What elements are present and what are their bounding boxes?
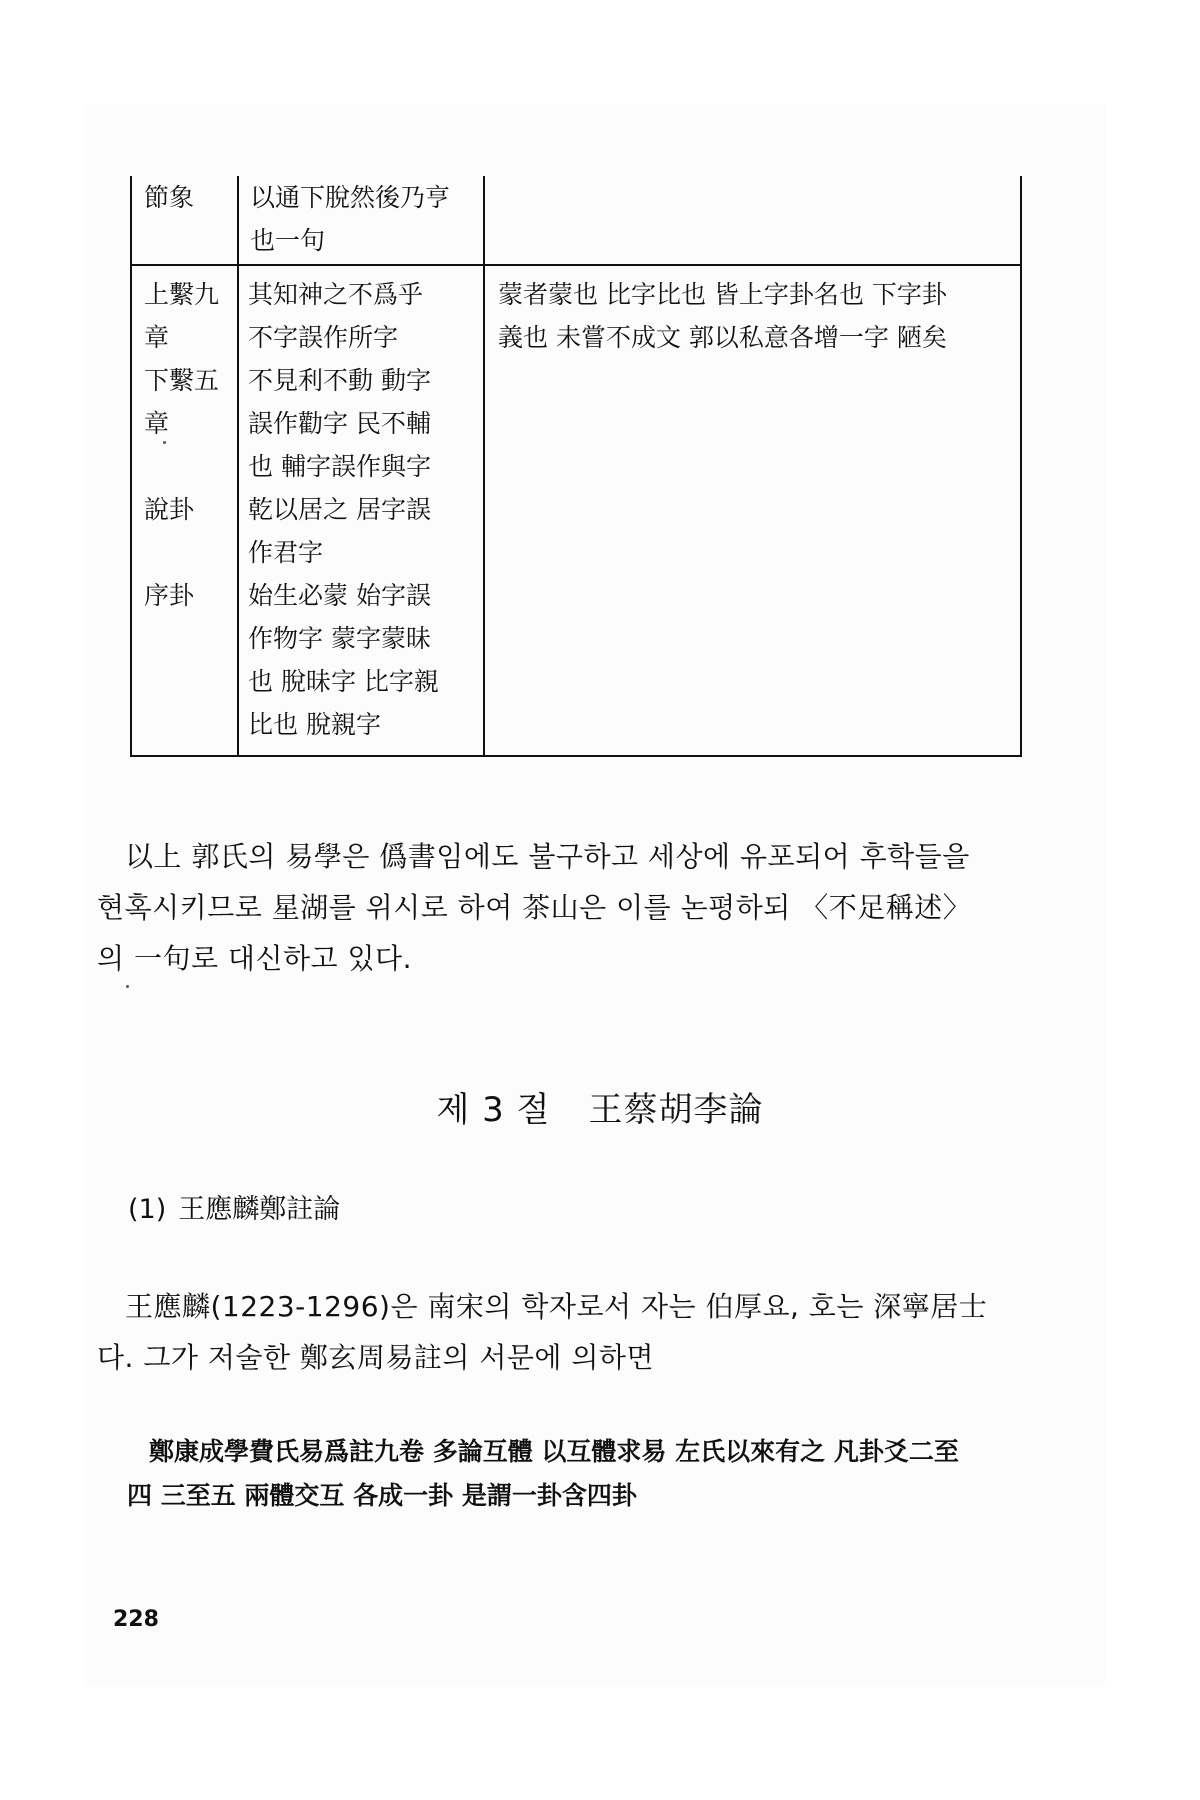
table-column-divider	[237, 176, 239, 755]
table-row-1-col-2: 以通下脫然後乃亨 也一句	[250, 176, 450, 262]
cell-line: 乾以居之 居字誤	[248, 488, 439, 531]
paragraph-line: 의 一句로 대신하고 있다.	[97, 933, 1022, 984]
cell-line: 下繫五	[144, 359, 219, 402]
cell-line: 章	[144, 402, 219, 445]
table-row-1-col-1: 節象	[132, 176, 249, 219]
section-heading: 제 3 절王蔡胡李論	[0, 1082, 1200, 1131]
paragraph-line: 현혹시키므로 星湖를 위시로 하여 茶山은 이를 논평하되 〈不足稱述〉	[97, 882, 1022, 933]
cell-line: 作物字 蒙字蒙昧	[248, 617, 439, 660]
cell-line: 節象	[144, 176, 249, 219]
table-row-divider	[132, 264, 1020, 266]
cell-line: 也一句	[250, 219, 450, 262]
section-title: 王蔡胡李論	[588, 1090, 763, 1130]
cell-line: 上繫九	[144, 273, 219, 316]
cell-line: 章	[144, 316, 219, 359]
cell-line: 也 輔字誤作與字	[248, 445, 439, 488]
body-paragraph-2: 王應麟(1223-1296)은 南宋의 학자로서 자는 伯厚요, 호는 深寧居士…	[97, 1281, 1022, 1383]
paragraph-line: 다. 그가 저술한 鄭玄周易註의 서문에 의하면	[97, 1332, 1022, 1383]
cell-line: 不見利不動 動字	[248, 359, 439, 402]
cell-line	[144, 531, 219, 574]
cell-line: 其知神之不爲乎	[248, 273, 439, 316]
cell-line	[144, 445, 219, 488]
cell-line: 義也 未嘗不成文 郭以私意各增一字 陋矣	[498, 316, 947, 359]
quote-line: 四 三至五 兩體交互 各成一卦 是謂一卦含四卦	[127, 1474, 1027, 1518]
cell-line: 也 脫昧字 比字親	[248, 660, 439, 703]
quoted-passage: 鄭康成學費氏易爲註九卷 多論互體 以互體求易 左氏以來有之 凡卦爻二至 四 三至…	[127, 1430, 1027, 1518]
scan-speck	[126, 985, 129, 988]
cell-line: 以通下脫然後乃亨	[250, 176, 450, 219]
scan-speck	[163, 441, 166, 444]
cell-line: 蒙者蒙也 比字比也 皆上字卦名也 下字卦	[498, 273, 947, 316]
table-column-divider	[483, 176, 485, 755]
cell-line: 不字誤作所字	[248, 316, 439, 359]
cell-line: 作君字	[248, 531, 439, 574]
cell-line: 誤作勸字 民不輔	[248, 402, 439, 445]
table-row-2-col-2: 其知神之不爲乎 不字誤作所字 不見利不動 動字 誤作勸字 民不輔 也 輔字誤作與…	[248, 273, 439, 746]
cell-line: 說卦	[144, 488, 219, 531]
page-number: 228	[113, 1607, 159, 1632]
section-number: 제 3 절	[437, 1090, 551, 1130]
table-row-2-col-1: 上繫九 章 下繫五 章 說卦 序卦	[144, 273, 219, 617]
quote-line: 鄭康成學費氏易爲註九卷 多論互體 以互體求易 左氏以來有之 凡卦爻二至	[127, 1430, 1027, 1474]
comparison-table: 節象 以通下脫然後乃亨 也一句 上繫九 章 下繫五 章 說卦 序卦 其知神之不爲…	[130, 176, 1022, 757]
body-paragraph-1: 以上 郭氏의 易學은 僞書임에도 불구하고 세상에 유포되어 후학들을 현혹시키…	[97, 831, 1022, 984]
subsection-heading: (1)王應麟鄭註論	[128, 1187, 340, 1226]
table-row-2-col-3: 蒙者蒙也 比字比也 皆上字卦名也 下字卦 義也 未嘗不成文 郭以私意各增一字 陋…	[498, 273, 947, 359]
cell-line: 序卦	[144, 574, 219, 617]
subsection-index: (1)	[128, 1194, 166, 1225]
paragraph-line: 以上 郭氏의 易學은 僞書임에도 불구하고 세상에 유포되어 후학들을	[97, 831, 1022, 882]
cell-line: 比也 脫親字	[248, 703, 439, 746]
subsection-title: 王應麟鄭註論	[178, 1194, 340, 1225]
paragraph-line: 王應麟(1223-1296)은 南宋의 학자로서 자는 伯厚요, 호는 深寧居士	[97, 1281, 1022, 1332]
cell-line: 始生必蒙 始字誤	[248, 574, 439, 617]
